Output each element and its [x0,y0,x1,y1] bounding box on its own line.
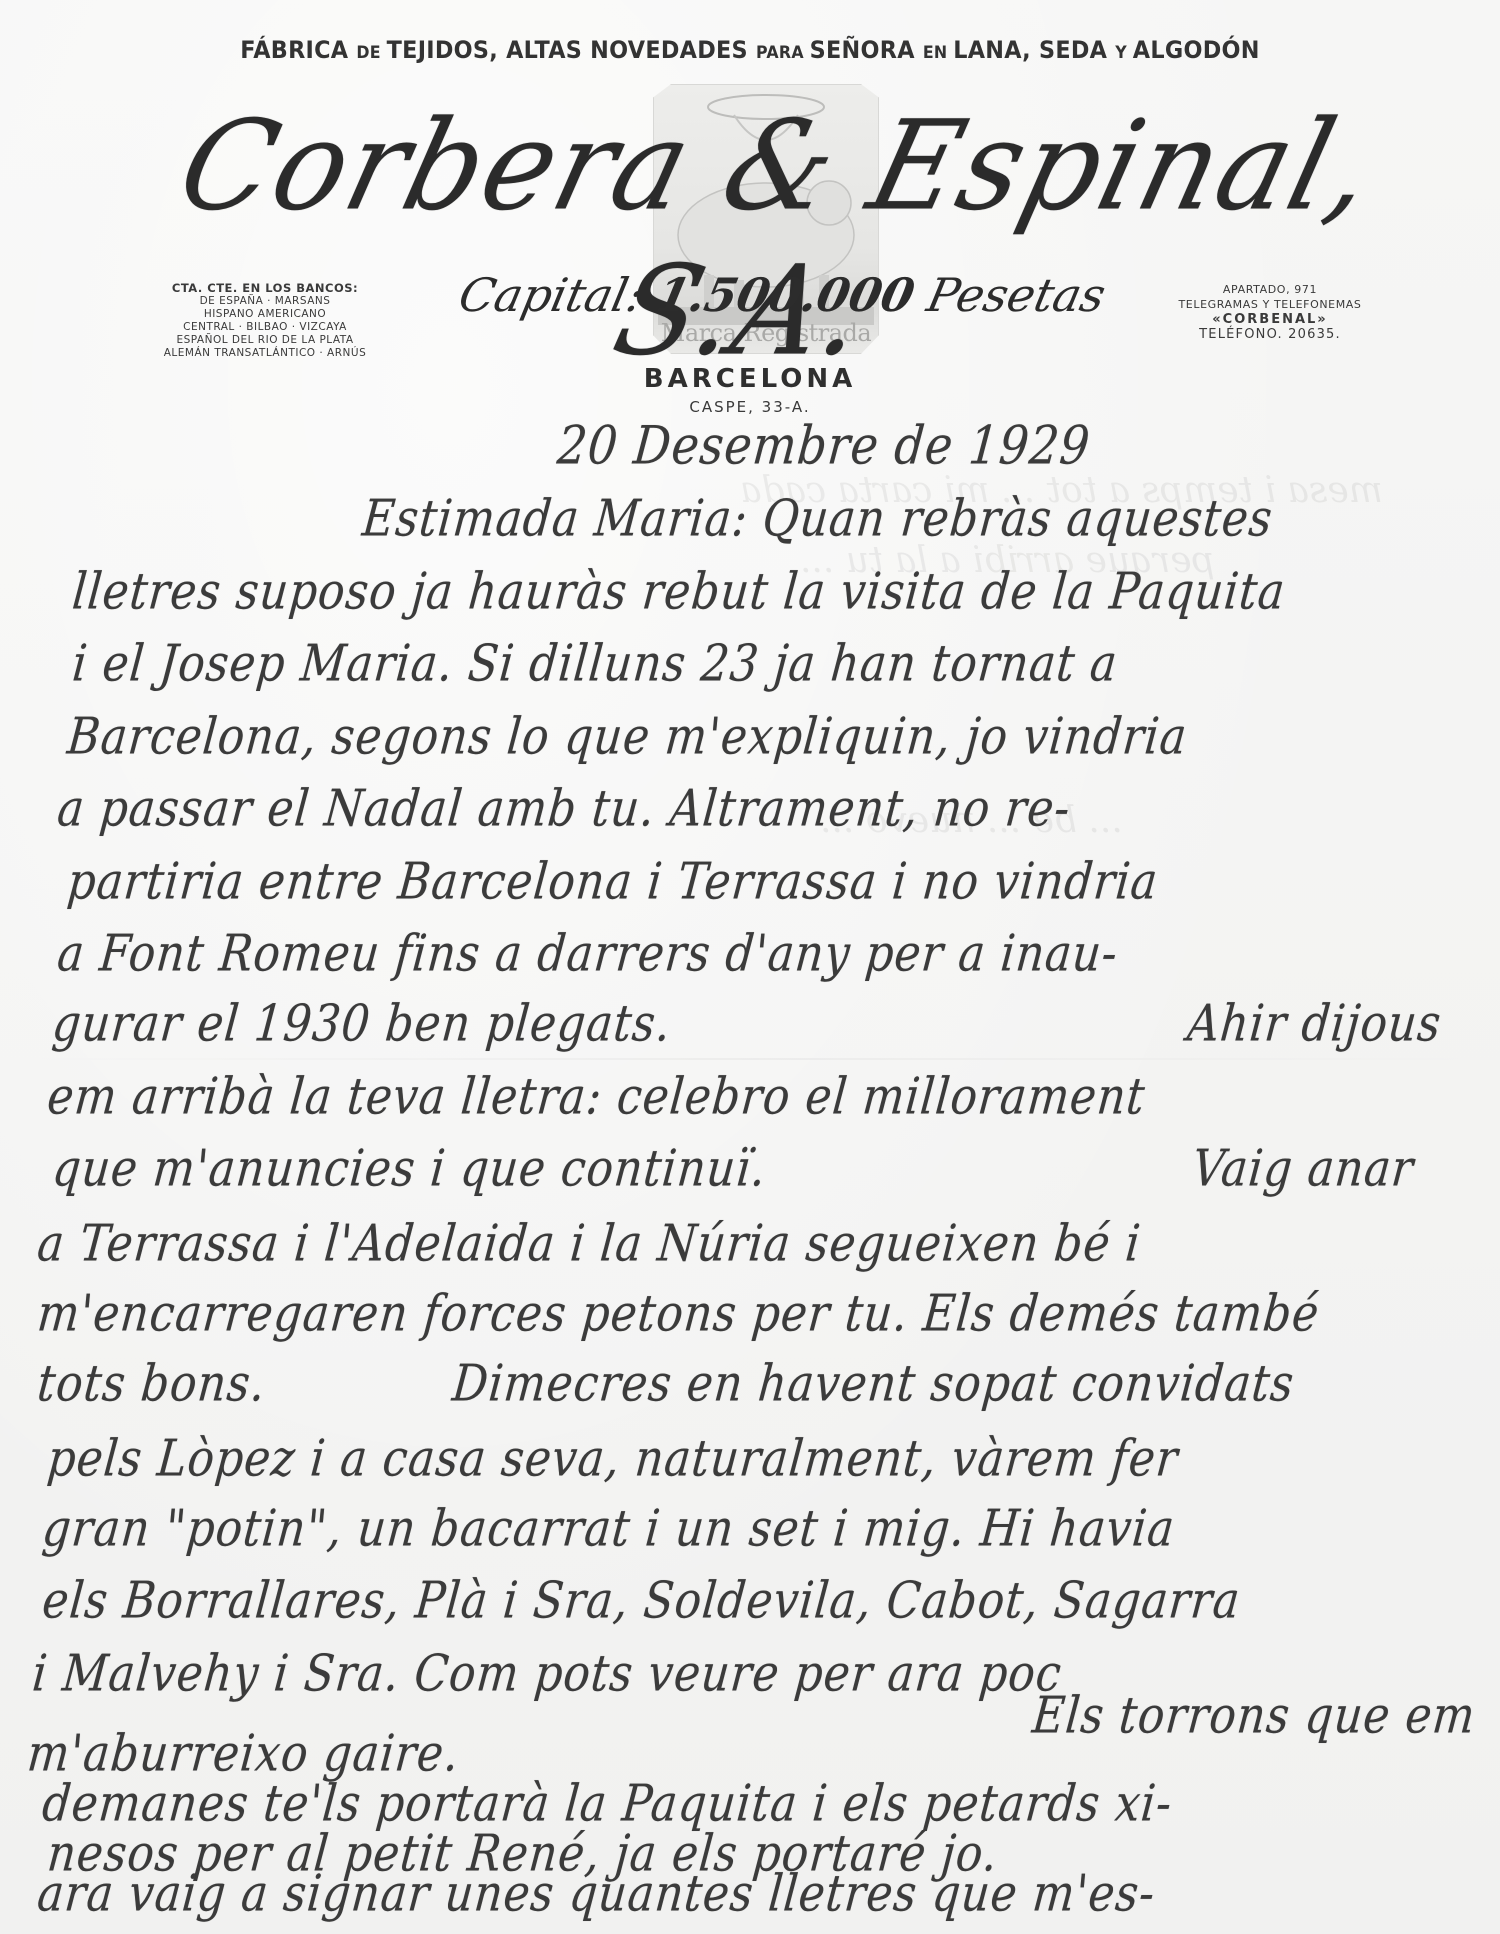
banks-heading: CTA. CTE. EN LOS BANCOS: [130,282,400,295]
bank-line: ESPAÑOL DEL RIO DE LA PLATA [130,334,400,347]
handwritten-line: que m'anuncies i que continuï. [50,1139,769,1198]
handwritten-line: a Font Romeu fins a darrers d'any per a … [55,924,1120,983]
handwritten-line: Barcelona, segons lo que m'expliquin, jo… [65,707,1190,766]
capital-line: Capital: 1.500.000 Pesetas [454,268,1065,322]
bank-line: CENTRAL · BILBAO · VIZCAYA [130,321,400,334]
handwritten-line: lletres suposo ja hauràs rebut la visita… [70,562,1288,621]
handwritten-line: gurar el 1930 ben plegats. [50,994,674,1053]
capital-label: Capital: [454,268,648,322]
bank-accounts-block: CTA. CTE. EN LOS BANCOS: DE ESPAÑA · MAR… [130,282,400,360]
handwritten-line: Dimecres en havent sopat convidats [450,1354,1297,1413]
bank-line: DE ESPAÑA · MARSANS [130,295,400,308]
tagline-part: ALGODÓN [1133,36,1260,64]
tagline-part: FÁBRICA [240,36,356,64]
handwritten-line: ara vaig a signar unes quantes lletres q… [35,1864,1158,1923]
po-box: APARTADO, 971 [1135,282,1405,297]
bank-line: ALEMÁN TRANSATLÁNTICO · ARNÚS [130,347,400,360]
handwritten-line: partiria entre Barcelona i Terrassa i no… [65,852,1161,911]
paper-fold-line [0,1058,1500,1060]
tagline-part: SEÑORA [810,36,923,64]
capital-currency: Pesetas [922,268,1110,322]
letter-date: 20 Desembre de 1929 [555,414,1093,476]
handwritten-line: Els torrons que em [1030,1686,1478,1745]
handwritten-line: a Terrassa i l'Adelaida i la Núria segue… [35,1214,1143,1273]
handwritten-line: pels Lòpez i a casa seva, naturalment, v… [45,1429,1181,1488]
handwritten-line: Ahir dijous [1185,994,1444,1053]
handwritten-line: i el Josep Maria. Si dilluns 23 ja han t… [70,634,1120,693]
telegram-label: TELEGRAMAS Y TELEFONEMAS [1135,297,1405,312]
handwritten-line: Estimada Maria: Quan rebràs aquestes [360,489,1275,548]
tagline-part: TEJIDOS, ALTAS NOVEDADES [387,36,756,64]
tagline-part: PARA [756,43,810,63]
handwritten-line: m'encarregaren forces petons per tu. Els… [35,1284,1322,1343]
cable-address: «CORBENAL» [1135,312,1405,327]
handwritten-line: em arribà la teva lletra: celebro el mil… [45,1067,1148,1126]
contact-block: APARTADO, 971 TELEGRAMAS Y TELEFONEMAS «… [1135,282,1405,342]
city-name: BARCELONA [0,364,1500,394]
tagline-part: DE [356,43,386,63]
tagline-part: EN [923,43,953,63]
tagline-part: LANA, SEDA [953,36,1115,64]
handwritten-line: els Borrallares, Plà i Sra, Soldevila, C… [40,1571,1243,1630]
letter-page: mesa i temps a tot ... mi carta cada per… [0,0,1500,1934]
letterhead-tagline: FÁBRICA DE TEJIDOS, ALTAS NOVEDADES PARA… [53,36,1448,64]
tagline-part: Y [1115,43,1133,63]
capital-amount: 1.500.000 [652,268,920,322]
handwritten-line: i Malvehy i Sra. Com pots veure per ara … [30,1644,1064,1703]
handwritten-line: Vaig anar [1190,1139,1416,1198]
handwritten-line: gran "potin", un bacarrat i un set i mig… [40,1499,1177,1558]
handwritten-line: a passar el Nadal amb tu. Altrament, no … [55,779,1073,838]
phone-number: TELÉFONO. 20635. [1135,327,1405,342]
bank-line: HISPANO AMERICANO [130,308,400,321]
handwritten-line: tots bons. [35,1354,268,1413]
